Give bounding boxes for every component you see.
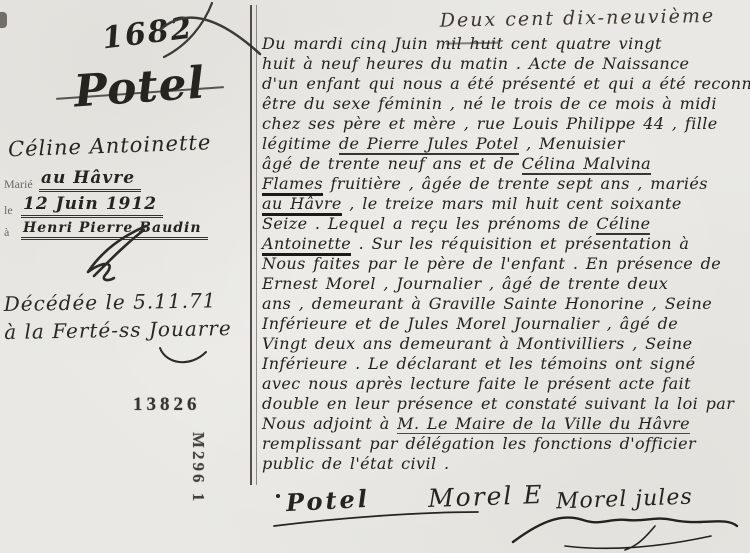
death-note-line: à la Ferté-ss Jouarre [4, 314, 232, 346]
body-line: Seize . Lequel a reçu les prénoms de Cél… [262, 214, 748, 234]
body-line: Nous faites par le père de l'enfant . En… [262, 254, 748, 274]
page-edge-ink-mark [0, 12, 7, 28]
body-line: d'un enfant qui nous a été présenté et q… [262, 74, 748, 94]
body-line: chez ses père et mère , rue Louis Philip… [262, 114, 748, 134]
signature-witness-2: Morel jules [556, 485, 693, 515]
act-body-text: Du mardi cinq Juin mil huit cent quatre … [262, 34, 748, 474]
marriage-date: 12 Juin 1912 [21, 194, 163, 218]
body-line: Flames fruitière , âgée de trente sept a… [262, 174, 748, 194]
body-line: public de l'état civil . [262, 454, 748, 474]
body-line: Nous adjoint à M. Le Maire de la Ville d… [262, 414, 748, 434]
official-signature-flourish [505, 512, 743, 552]
death-note-flourish [156, 344, 212, 370]
body-line: âgé de trente neuf ans et de Célina Malv… [262, 154, 748, 174]
signature-row-dot [276, 494, 280, 498]
body-line: Du mardi cinq Juin mil huit cent quatre … [262, 34, 748, 54]
death-note-line: Décédée le 5.11.71 [4, 286, 232, 318]
registry-stamp-number: 13826 [133, 394, 201, 416]
civil-register-act-page: 1682 Potel Céline Antoinette Marié au Hâ… [0, 0, 750, 553]
body-line: double en leur présence et constaté suiv… [262, 394, 748, 414]
marriage-note-row: le 12 Juin 1912 [4, 194, 244, 218]
body-line: Inférieure . Le déclarant et les témoins… [262, 354, 748, 374]
marriage-place: au Hâvre [39, 168, 141, 192]
body-line: Vingt deux ans demeurant à Montivilliers… [262, 334, 748, 354]
stamp-word-a: à [4, 225, 16, 240]
stamp-word-marie: Marié [4, 177, 34, 192]
body-line: ans , demeurant à Graville Sainte Honori… [262, 294, 748, 314]
body-line: avec nous après lecture faite le présent… [262, 374, 748, 394]
body-line: Inférieure et de Jules Morel Journalier … [262, 314, 748, 334]
signature-witness-1: Morel E [428, 480, 545, 513]
margin-rule-line [250, 5, 257, 485]
given-names-heading: Céline Antoinette [8, 129, 259, 162]
body-line: huit à neuf heures du matin . Acte de Na… [262, 54, 748, 74]
stamp-word-le: le [4, 203, 16, 218]
body-line: légitime de Pierre Jules Potel , Menuisi… [262, 134, 748, 154]
body-line: être du sexe féminin , né le trois de ce… [262, 94, 748, 114]
microfilm-side-stamp: M296 1 [188, 432, 208, 504]
body-line: au Hâvre , le treize mars mil huit cent … [262, 194, 748, 214]
clerk-paraph-squiggle [58, 222, 158, 284]
body-line: Antoinette . Sur les réquisition et prés… [262, 234, 748, 254]
body-line: remplissant par délégation les fonctions… [262, 434, 748, 454]
marriage-note-row: Marié au Hâvre [4, 168, 244, 192]
surname-heading: Potel [72, 57, 207, 117]
body-line: Ernest Morel , Journalier , âgé de trent… [262, 274, 748, 294]
death-margin-note: Décédée le 5.11.71 à la Ferté-ss Jouarre [4, 286, 232, 346]
